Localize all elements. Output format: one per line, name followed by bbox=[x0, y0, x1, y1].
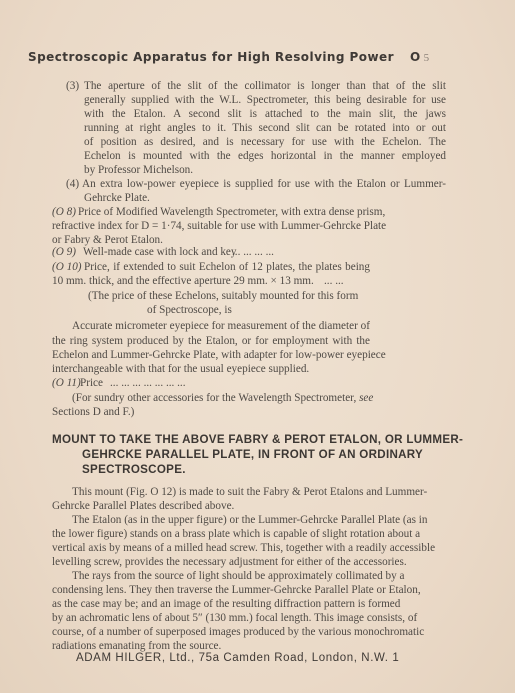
text-line: radiations emanating from the source. bbox=[52, 639, 221, 653]
text-line: (The price of these Echelons, suitably m… bbox=[88, 289, 358, 303]
text-line: of position as desired, and is necessary… bbox=[84, 135, 446, 149]
text-line: The aperture of the slit of the collimat… bbox=[84, 79, 446, 93]
text-line: An extra low-power eyepiece is supplied … bbox=[82, 177, 446, 191]
text-line: Gehrcke Parallel Plates described above. bbox=[52, 499, 234, 513]
text-line: the lower figure) stands on a brass plat… bbox=[52, 527, 390, 541]
item-code: (O 9) bbox=[52, 245, 76, 259]
text-line: (For sundry other accessories for the Wa… bbox=[72, 391, 373, 405]
item-code: (O 8) bbox=[52, 205, 76, 219]
heading-line: SPECTROSCOPE. bbox=[82, 463, 186, 476]
text-line: Gehrcke Plate. bbox=[84, 191, 150, 205]
page-label: O5 bbox=[410, 50, 430, 64]
text-line: Echelon and Lummer-Gehrcke Plate, with a… bbox=[52, 348, 370, 362]
text-line: Echelon is mounted with the edges horizo… bbox=[84, 149, 446, 163]
text-line: by an achromatic lens of about 5″ (130 m… bbox=[52, 611, 390, 625]
text-line: The rays from the source of light should… bbox=[72, 569, 390, 583]
text-line: running at right angles to it. This seco… bbox=[84, 121, 446, 135]
text-line: vertical axis by means of a milled head … bbox=[52, 541, 390, 555]
text-line: 10 mm. thick, and the effective aperture… bbox=[52, 274, 314, 288]
text-line: Sections D and F.) bbox=[52, 405, 134, 419]
text-line: levelling screw, provides the necessary … bbox=[52, 555, 407, 569]
header-title: Spectroscopic Apparatus for High Resolvi… bbox=[28, 50, 394, 64]
heading-line: GEHRCKE PARALLEL PLATE, IN FRONT OF AN O… bbox=[82, 448, 392, 461]
item-code: (O 10) bbox=[52, 260, 82, 274]
text-line: condensing lens. They then traverse the … bbox=[52, 583, 390, 597]
price-leaders: ... ... ... ... bbox=[232, 245, 274, 259]
text-line: interchangeable with that for the usual … bbox=[52, 362, 309, 376]
running-header: Spectroscopic Apparatus for High Resolvi… bbox=[28, 50, 448, 64]
text-line: Price, if extended to suit Echelon of 12… bbox=[84, 260, 370, 274]
text-line: the ring system produced by the Etalon, … bbox=[52, 334, 370, 348]
catalogue-page: Spectroscopic Apparatus for High Resolvi… bbox=[0, 0, 515, 693]
text-line: of Spectroscope, is bbox=[147, 303, 232, 317]
see-reference: see bbox=[359, 392, 373, 404]
heading-line: MOUNT TO TAKE THE ABOVE FABRY & PEROT ET… bbox=[52, 433, 392, 446]
text-line: The Etalon (as in the upper figure) or t… bbox=[72, 513, 390, 527]
note-label: (4) bbox=[66, 177, 79, 191]
text-line: refractive index for D = 1·74, suitable … bbox=[52, 219, 386, 233]
text-line: with the Etalon. A second slit is attach… bbox=[84, 107, 446, 121]
item-code: (O 11) bbox=[52, 376, 81, 390]
item-text: Well-made case with lock and key bbox=[83, 245, 237, 259]
text-line: by Professor Michelson. bbox=[84, 163, 193, 177]
text-line: generally supplied with the W.L. Spectro… bbox=[84, 93, 446, 107]
note-label: (3) bbox=[66, 79, 79, 93]
page-number: 5 bbox=[424, 52, 430, 64]
text-line: course, of a number of superposed images… bbox=[52, 625, 390, 639]
price-leaders: ... ... ... ... ... ... ... bbox=[110, 376, 186, 390]
text-line: Price of Modified Wavelength Spectromete… bbox=[78, 205, 385, 219]
text-line: This mount (Fig. O 12) is made to suit t… bbox=[72, 485, 390, 499]
section-letter: O bbox=[410, 50, 421, 64]
text-line: as the case may be; and an image of the … bbox=[52, 597, 390, 611]
publisher-imprint: ADAM HILGER, Ltd., 75a Camden Road, Lond… bbox=[76, 652, 399, 664]
text-line: Accurate micrometer eyepiece for measure… bbox=[72, 319, 370, 333]
item-text: Price bbox=[80, 376, 103, 390]
text-span: (For sundry other accessories for the Wa… bbox=[72, 392, 356, 404]
price-leaders: ... ... bbox=[324, 274, 344, 288]
